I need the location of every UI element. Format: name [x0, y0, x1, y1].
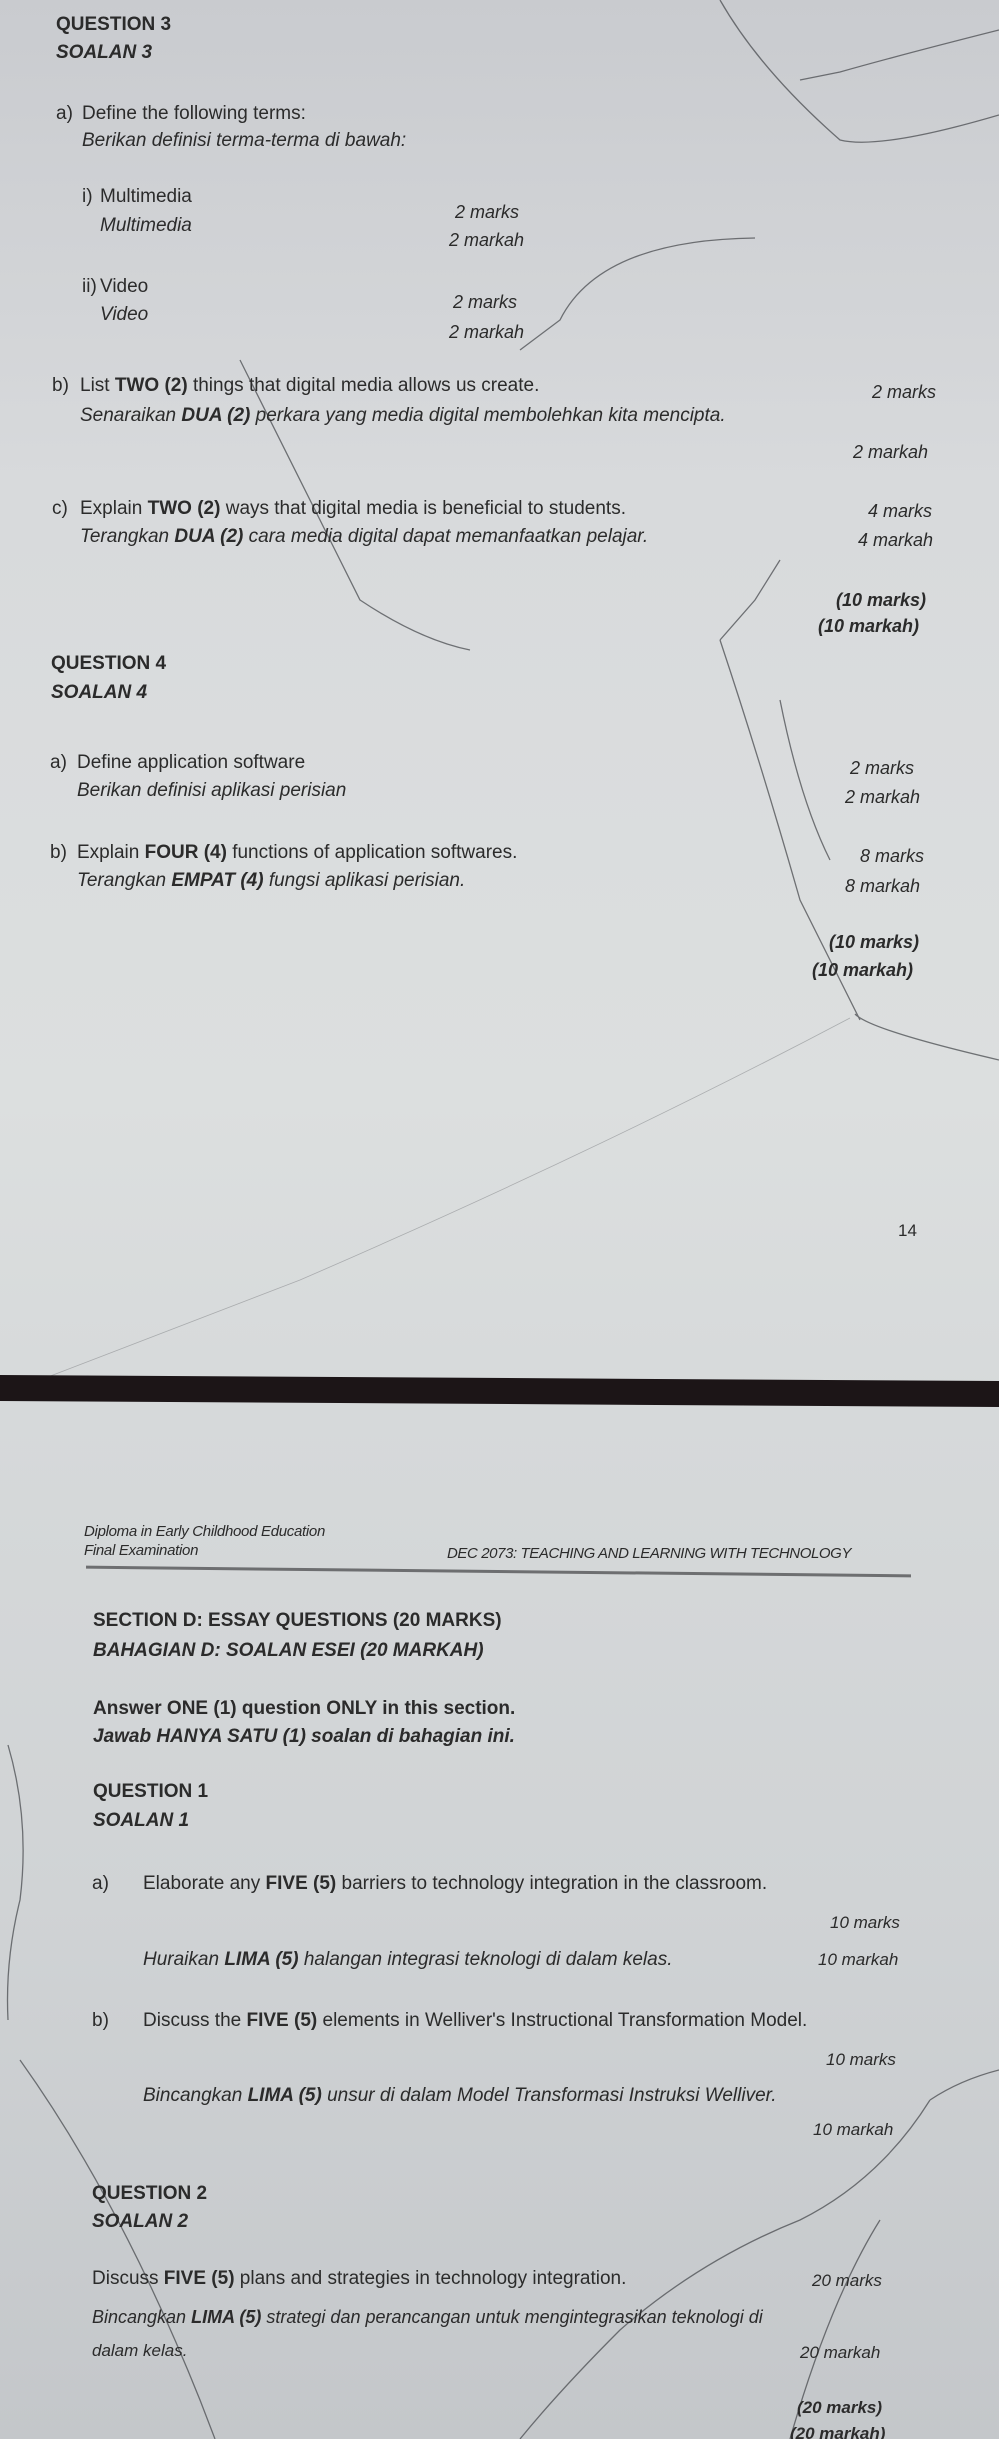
- q3c-text: Explain TWO (2) ways that digital media …: [80, 498, 626, 520]
- q1a-text: Elaborate any FIVE (5) barriers to techn…: [143, 1873, 767, 1895]
- q4b-label: b): [50, 842, 67, 864]
- q3a-ii-marks: 2 marks: [453, 292, 517, 313]
- question-2-title-ms: SOALAN 2: [92, 2211, 188, 2233]
- q4-total: (10 marks): [829, 932, 919, 953]
- question-1-title-ms: SOALAN 1: [93, 1810, 189, 1832]
- question-4-title: QUESTION 4: [51, 653, 166, 675]
- question-2-title: QUESTION 2: [92, 2183, 207, 2205]
- q3a-i-text-ms: Multimedia: [100, 215, 192, 237]
- q2-text: Discuss FIVE (5) plans and strategies in…: [92, 2268, 626, 2290]
- q4b-marks: 8 marks: [860, 846, 924, 867]
- q3a-ii-text-ms: Video: [100, 304, 148, 326]
- q2-marks-ms: 20 markah: [800, 2343, 880, 2363]
- q3b-text-ms: Senaraikan DUA (2) perkara yang media di…: [80, 405, 726, 427]
- q4a-marks-ms: 2 markah: [845, 787, 920, 808]
- section-instruction-ms: Jawab HANYA SATU (1) soalan di bahagian …: [93, 1726, 515, 1748]
- page-number: 14: [898, 1220, 917, 1242]
- q1b-label: b): [92, 2010, 109, 2032]
- q2-text-ms-line2: dalam kelas.: [92, 2340, 187, 2362]
- question-4-title-ms: SOALAN 4: [51, 682, 147, 704]
- q1a-marks: 10 marks: [830, 1913, 900, 1933]
- q3a-text: Define the following terms:: [82, 103, 306, 125]
- q2-total: (20 marks): [797, 2398, 882, 2418]
- q3a-text-ms: Berikan definisi terma-terma di bawah:: [82, 130, 406, 152]
- section-title: SECTION D: ESSAY QUESTIONS (20 MARKS): [93, 1610, 502, 1632]
- q3a-label: a): [56, 103, 73, 125]
- q3b-marks-ms: 2 markah: [853, 442, 928, 463]
- q3a-i-text: Multimedia: [100, 186, 192, 208]
- header-exam: Final Examination: [84, 1540, 198, 1562]
- q4b-text-ms: Terangkan EMPAT (4) fungsi aplikasi peri…: [77, 870, 465, 892]
- q1a-label: a): [92, 1873, 109, 1895]
- q3b-label: b): [52, 375, 69, 397]
- q3a-i-marks-ms: 2 markah: [449, 230, 524, 251]
- q3b-text: List TWO (2) things that digital media a…: [80, 375, 539, 397]
- screen-bezel-divider: [0, 1375, 999, 1407]
- q4a-label: a): [50, 752, 67, 774]
- q4a-text: Define application software: [77, 752, 305, 774]
- q1a-marks-ms: 10 markah: [818, 1950, 898, 1970]
- q3a-i-label: i): [82, 186, 93, 208]
- q3c-text-ms: Terangkan DUA (2) cara media digital dap…: [80, 526, 648, 548]
- section-title-ms: BAHAGIAN D: SOALAN ESEI (20 MARKAH): [93, 1640, 484, 1662]
- q3b-marks: 2 marks: [872, 382, 936, 403]
- q2-total-ms: (20 markah): [790, 2424, 885, 2439]
- header-course: DEC 2073: TEACHING AND LEARNING WITH TEC…: [447, 1543, 851, 1565]
- section-instruction: Answer ONE (1) question ONLY in this sec…: [93, 1698, 515, 1720]
- q3c-marks: 4 marks: [868, 501, 932, 522]
- q2-marks: 20 marks: [812, 2271, 882, 2291]
- q3c-marks-ms: 4 markah: [858, 530, 933, 551]
- q3a-ii-label: ii): [82, 276, 97, 298]
- q4a-text-ms: Berikan definisi aplikasi perisian: [77, 780, 346, 802]
- q2-text-ms: Bincangkan LIMA (5) strategi dan peranca…: [92, 2306, 763, 2328]
- q1a-text-ms: Huraikan LIMA (5) halangan integrasi tek…: [143, 1949, 672, 1971]
- q4b-text: Explain FOUR (4) functions of applicatio…: [77, 842, 517, 864]
- q3a-ii-marks-ms: 2 markah: [449, 322, 524, 343]
- q3a-ii-text: Video: [100, 276, 148, 298]
- q4-total-ms: (10 markah): [812, 960, 913, 981]
- q4a-marks: 2 marks: [850, 758, 914, 779]
- exam-page-top: QUESTION 3 SOALAN 3 a) Define the follow…: [0, 0, 999, 1380]
- q1b-marks: 10 marks: [826, 2050, 896, 2070]
- q3-total: (10 marks): [836, 590, 926, 611]
- q1b-text: Discuss the FIVE (5) elements in Wellive…: [143, 2010, 807, 2032]
- question-3-title: QUESTION 3: [56, 14, 171, 36]
- q1b-text-ms: Bincangkan LIMA (5) unsur di dalam Model…: [143, 2085, 777, 2107]
- q3-total-ms: (10 markah): [818, 616, 919, 637]
- question-1-title: QUESTION 1: [93, 1781, 208, 1803]
- question-3-title-ms: SOALAN 3: [56, 42, 152, 64]
- q1b-marks-ms: 10 markah: [813, 2120, 893, 2140]
- q3c-label: c): [52, 498, 68, 520]
- q4b-marks-ms: 8 markah: [845, 876, 920, 897]
- q3a-i-marks: 2 marks: [455, 202, 519, 223]
